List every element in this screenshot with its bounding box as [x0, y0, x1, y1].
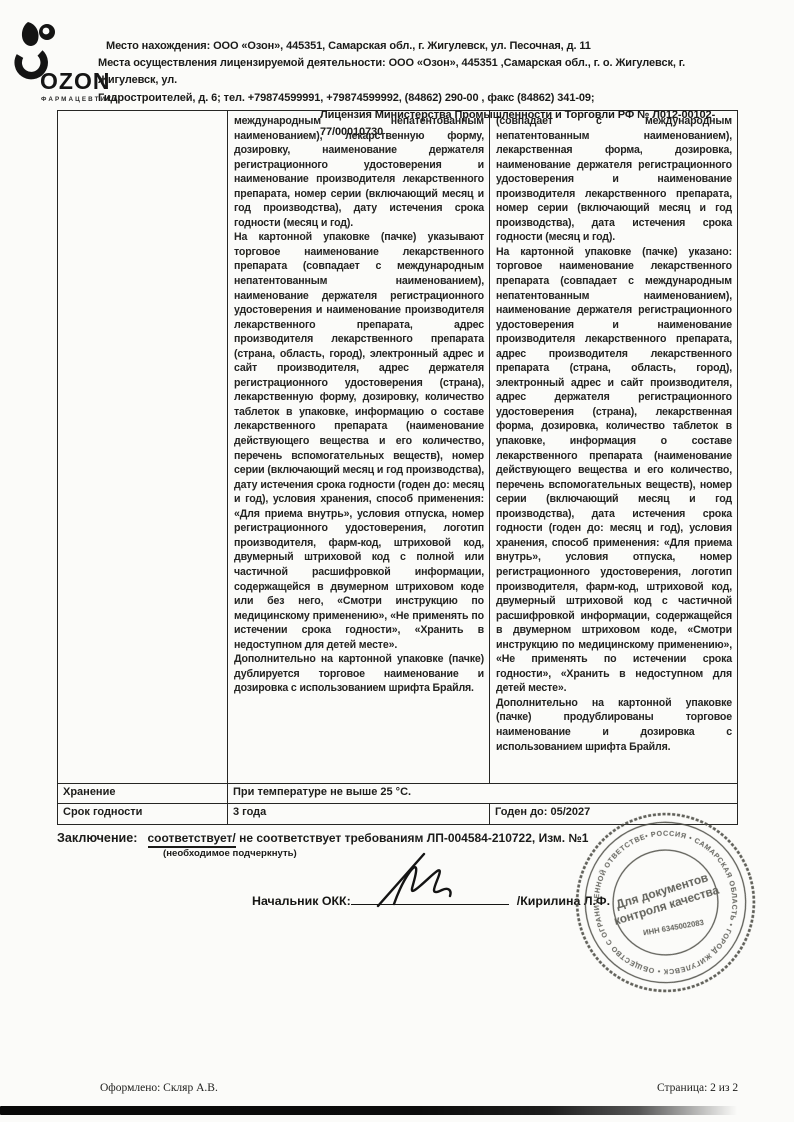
shelf-life-value: 3 года [228, 804, 490, 824]
paragraph: (совпадает с международным непатентованн… [496, 114, 732, 245]
requisite-line: Место нахождения: ООО «Озон», 445351, Са… [106, 38, 746, 55]
paragraph: Дополнительно на картонной упаковке (пач… [496, 696, 732, 754]
stamp-inn-text: ИНН 6345002083 [642, 918, 704, 938]
paragraph: На картонной упаковке (пачке) указано: т… [496, 245, 732, 696]
empty-parameter-cell [58, 111, 228, 783]
requisite-line: Места осуществления лицензируемой деятел… [98, 55, 746, 89]
paragraph: международным непатентованным наименован… [234, 114, 484, 230]
scan-artifact-bar [0, 1106, 760, 1115]
document-page: OZON ФАРМАЦЕВТИКА Место нахождения: ООО … [0, 0, 794, 1122]
handwritten-signature [372, 846, 467, 914]
paragraph: На картонной упаковке (пачке) указывают … [234, 230, 484, 652]
conclusion-selected-option: соответствует/ [148, 831, 236, 848]
packaging-requirements-table: международным непатентованным наименован… [57, 110, 738, 825]
page-number: Страница: 2 из 2 [657, 1082, 738, 1094]
storage-row: Хранение При температуре не выше 25 °С. [58, 784, 737, 804]
shelf-life-label: Срок годности [58, 804, 228, 824]
storage-label: Хранение [58, 784, 228, 803]
signatory-title: Начальник ОКК: [252, 894, 351, 908]
table-row: международным непатентованным наименован… [58, 111, 737, 784]
conclusion-rest-text: не соответствует требованиям ЛП-004584-2… [236, 831, 589, 845]
prepared-by: Оформлено: Скляр А.В. [100, 1082, 218, 1094]
requisite-line: Гидростроителей, д. 6; тел. +79874599991… [98, 90, 746, 107]
conclusion-label: Заключение: [57, 831, 138, 845]
paragraph: Дополнительно на картонной упаковке (пач… [234, 652, 484, 696]
storage-value: При температуре не выше 25 °С. [228, 784, 737, 803]
actual-text-cell: (совпадает с международным непатентованн… [490, 111, 737, 783]
requirements-text-cell: международным непатентованным наименован… [228, 111, 490, 783]
